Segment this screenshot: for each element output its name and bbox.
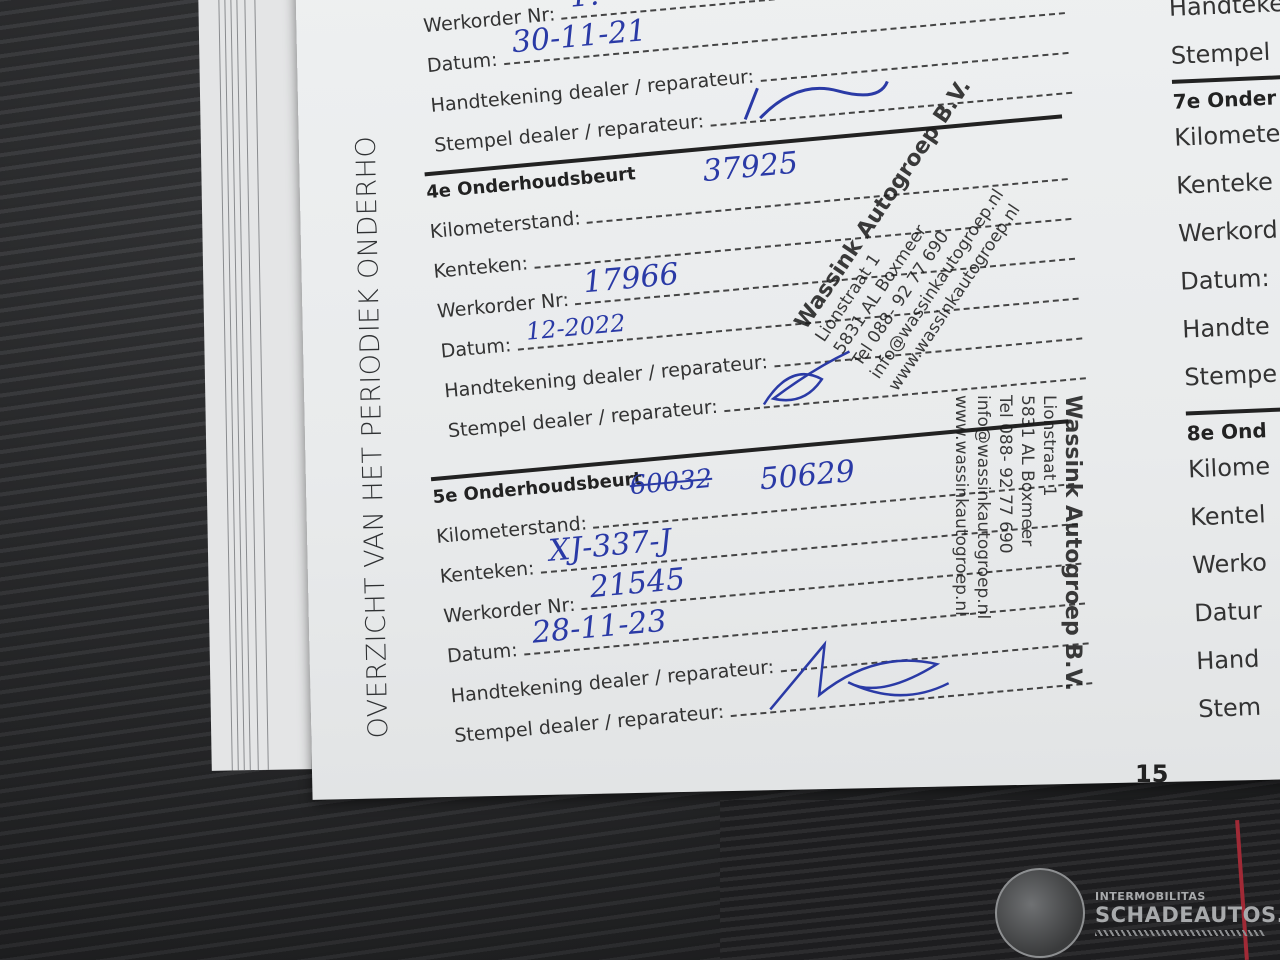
booklet-page: OVERZICHT VAN HET PERIODIEK ONDERHO Werk…	[295, 0, 1280, 800]
handwritten-datum: 12-2022	[525, 309, 627, 346]
tire-tread-icon	[1095, 930, 1265, 936]
handwritten-werkorder: 17966	[582, 257, 680, 301]
signature-icon	[754, 623, 960, 721]
handwritten-werkorder: 1?	[568, 0, 606, 15]
vertical-title: OVERZICHT VAN HET PERIODIEK ONDERHO	[351, 135, 395, 738]
section-divider	[1186, 403, 1280, 415]
entry-7-heading: 7e Onder	[1172, 81, 1280, 113]
dealer-stamp-5: Wassink Autogroep B.V. Lionstraat 1 5831…	[950, 395, 1085, 691]
handwritten-werkorder: 21545	[588, 562, 686, 606]
right-column: Handteke Stempel 7e Onder Kilomete Kente…	[1168, 0, 1280, 733]
page-number: 15	[1135, 760, 1168, 788]
handwritten-kilometerstand-crossed: 60032	[628, 464, 713, 501]
watermark: INTERMOBILITAS SCHADEAUTOS.NL	[995, 868, 1280, 958]
globe-icon	[995, 868, 1085, 958]
entry-8-heading: 8e Ond	[1186, 413, 1280, 445]
booklet-page-edges	[198, 0, 312, 771]
handwritten-kilometerstand: 50629	[758, 454, 856, 498]
handwritten-kilometerstand: 37925	[701, 146, 799, 190]
